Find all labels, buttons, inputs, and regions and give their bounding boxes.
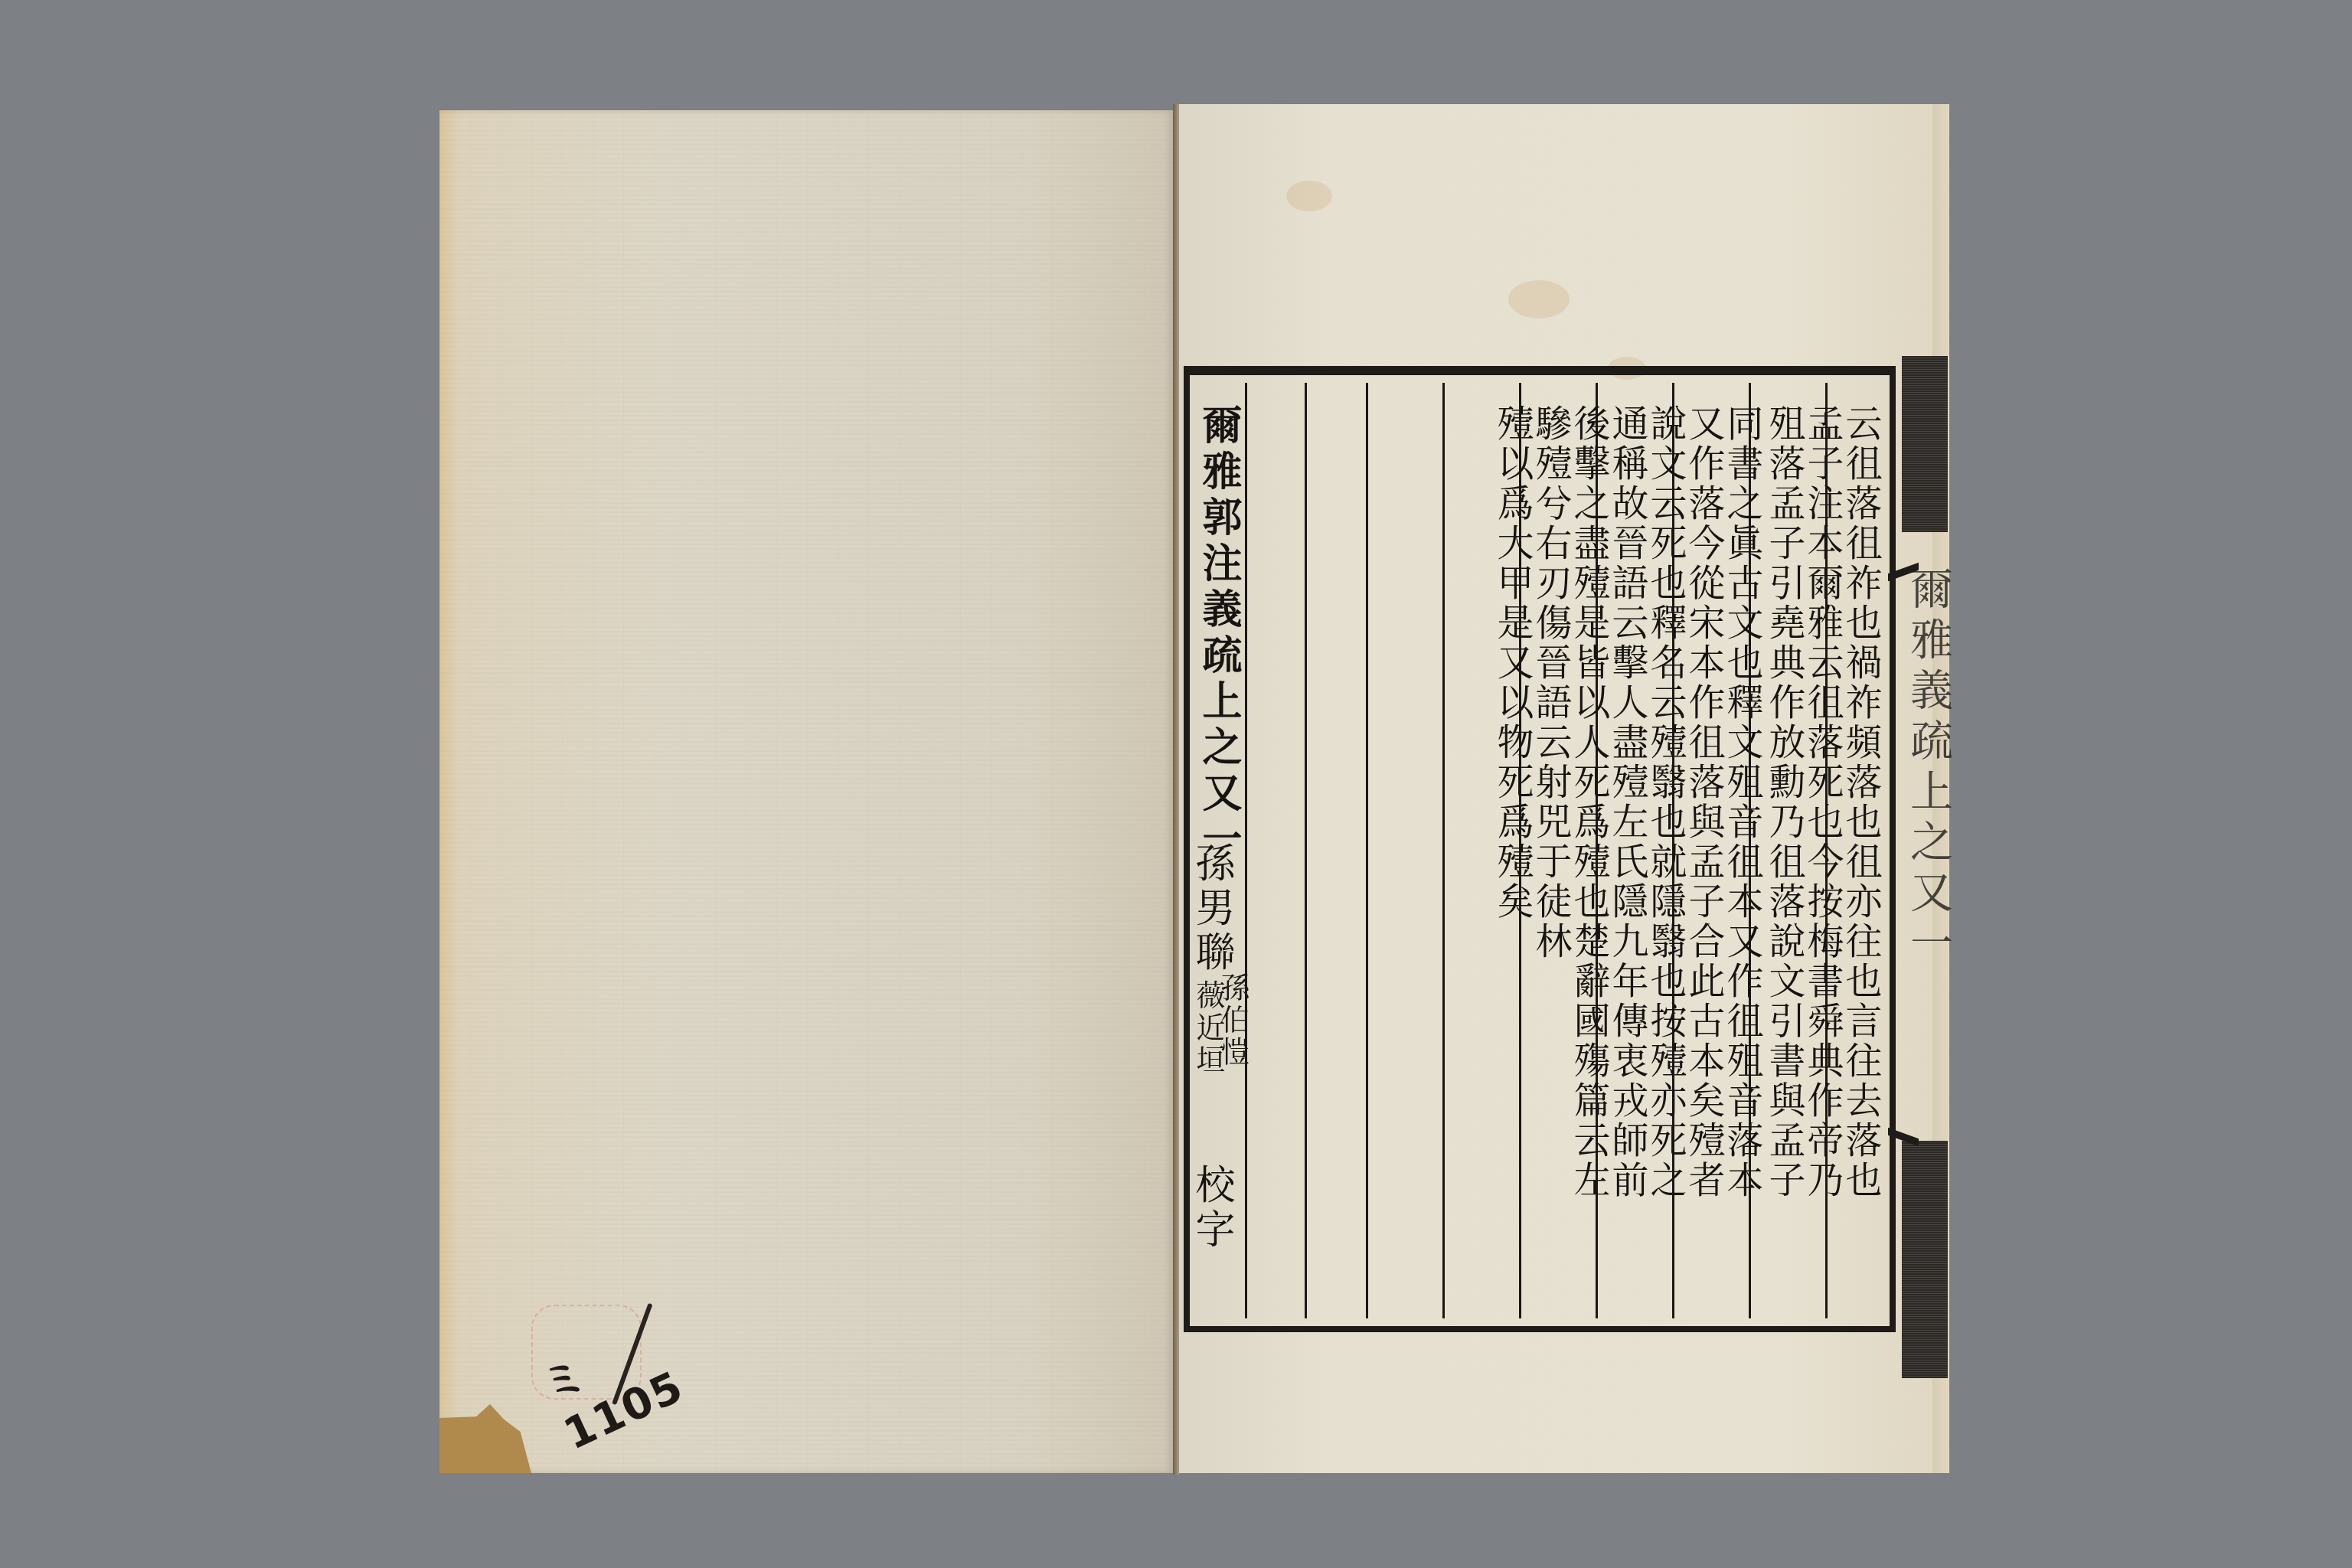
credit-small-right: 孫伯愷: [1217, 972, 1248, 1069]
column-text: 後擊之盡殪是皆以人死爲殪也楚辭國殤篇云左: [1566, 404, 1611, 1200]
printed-border-frame: 爾雅郭注義疏上之又一 孫男聯 薇近垣 孫伯愷 校字 云徂落徂祚也禍祚頻落也徂亦往…: [1184, 366, 1896, 1332]
column-text: 說文云死也釋名云殪翳也就隱翳也按殪亦死之: [1643, 404, 1687, 1200]
column-text: 又作落今從宋本作徂落與孟子合此古本矣殪者: [1681, 404, 1726, 1200]
credit-suffix: 校字: [1194, 1164, 1240, 1253]
text-column-3: 殂落孟子引堯典作放勳乃徂落說文引書與孟子: [1760, 375, 1805, 1326]
column-text: 驂殪兮右刃傷晉語云射兕于徒林: [1528, 404, 1573, 962]
left-page-flyleaf: ミ1105: [439, 110, 1174, 1473]
column-text: 孟子注本爾雅云徂落死也今按梅書舜典作帝乃: [1800, 404, 1844, 1200]
banxin-black-mouth-bottom: [1902, 1141, 1948, 1378]
column-text: 殪以爲大甲是又以物死爲殪矣: [1490, 404, 1534, 922]
banxin-title: 爾雅義疏上之又一: [1897, 567, 1958, 971]
column-rule: [1442, 383, 1445, 1318]
volume-title: 爾雅郭注義疏上之又一: [1196, 404, 1240, 864]
column-rule: [1366, 383, 1368, 1318]
paper-texture: [439, 110, 1174, 1473]
column-rule: [1245, 383, 1247, 1318]
column-text: 同書之眞古文也釋文殂音徂本又作徂殂音落本: [1720, 404, 1764, 1200]
column-text: 通稱故晉語云擊人盡殪左氏隱九年傳衷戎師前: [1605, 404, 1649, 1200]
foxing-stain: [1286, 181, 1332, 211]
banxin-black-mouth-top: [1902, 356, 1948, 532]
column-text: 云徂落徂祚也禍祚頻落也徂亦往也言往去落也: [1838, 404, 1883, 1200]
foxing-stain: [1508, 280, 1570, 318]
column-rule: [1305, 383, 1307, 1318]
book-gutter: [1173, 104, 1179, 1475]
text-column-10: 殪以爲大甲是又以物死爲殪矣: [1488, 375, 1533, 1326]
credit-line: 孫男聯: [1194, 842, 1240, 975]
credit-main-name: 聯: [1188, 931, 1234, 975]
column-text: 殂落孟子引堯典作放勳乃徂落說文引書與孟子: [1762, 404, 1806, 1200]
credit-prefix: 孫男: [1188, 842, 1234, 931]
title-column: 爾雅郭注義疏上之又一 孫男聯 薇近垣 孫伯愷 校字: [1194, 375, 1239, 1326]
